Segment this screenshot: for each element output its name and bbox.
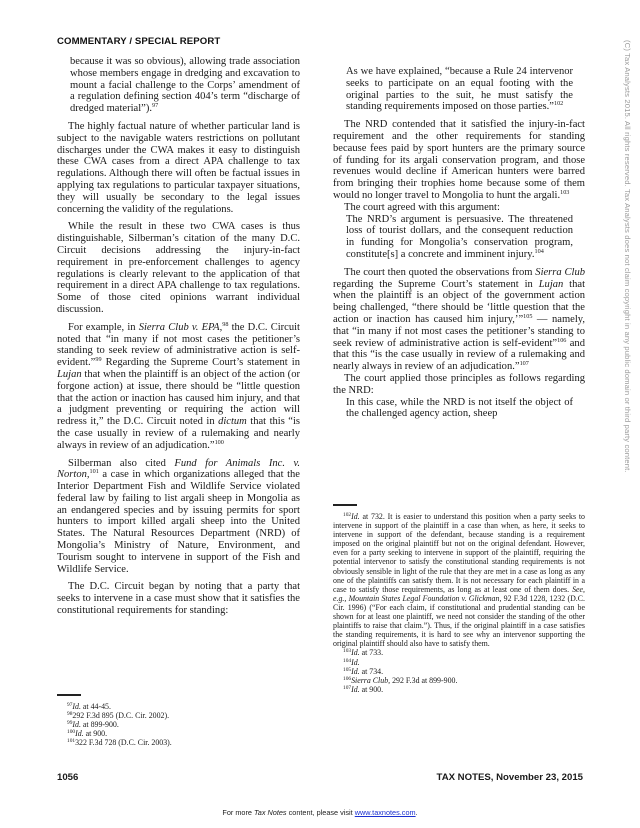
paragraph: The court agreed with this argument: — [333, 202, 585, 214]
footnote: 102Id. at 732. It is easier to understan… — [333, 512, 585, 648]
footnote: 106Sierra Club, 292 F.3d at 899-900. — [333, 676, 585, 685]
footnote: 103Id. at 733. — [333, 648, 585, 657]
footnote-rule — [57, 694, 81, 696]
footnote: 105Id. at 734. — [333, 667, 585, 676]
page-number: 1056 — [57, 772, 78, 783]
paragraph: The court applied those principles as fo… — [333, 373, 585, 397]
block-quote: As we have explained, “because a Rule 24… — [346, 66, 573, 113]
footnote-ref[interactable]: 101 — [90, 468, 99, 475]
footnote-ref[interactable]: 102 — [554, 100, 563, 107]
paragraph: The highly factual nature of whether par… — [57, 121, 300, 215]
footnotes-right: 102Id. at 732. It is easier to understan… — [333, 512, 585, 694]
footnote: 101322 F.3d 728 (D.C. Cir. 2003). — [57, 738, 300, 747]
right-column: As we have explained, “because a Rule 24… — [333, 42, 585, 420]
paragraph: While the result in these two CWA cases … — [57, 221, 300, 315]
case-name: Sierra Club v. EPA, — [139, 322, 223, 333]
more-content-note: For more Tax Notes content, please visit… — [0, 808, 640, 817]
footnote-rule — [333, 504, 357, 506]
publication-date: TAX NOTES, November 23, 2015 — [437, 772, 583, 783]
footnote-ref[interactable]: 104 — [535, 248, 544, 255]
paragraph: The NRD contended that it satisfied the … — [333, 119, 585, 202]
paragraph: The D.C. Circuit began by noting that a … — [57, 581, 300, 616]
taxnotes-link[interactable]: www.taxnotes.com — [355, 808, 416, 817]
footnote: 97Id. at 44-45. — [57, 702, 300, 711]
footnote: 99Id. at 899-900. — [57, 720, 300, 729]
footnote-ref[interactable]: 105 — [523, 313, 532, 320]
footnote-ref[interactable]: 106 — [557, 337, 566, 344]
footnote-ref[interactable]: 107 — [520, 360, 529, 367]
copyright-notice: (C) Tax Analysts 2015. All rights reserv… — [622, 40, 634, 600]
block-quote: The NRD’s argument is persuasive. The th… — [346, 214, 573, 261]
footnote: 98292 F.3d 895 (D.C. Cir. 2002). — [57, 711, 300, 720]
footnote-ref[interactable]: 97 — [152, 102, 158, 109]
footnote: 100Id. at 900. — [57, 729, 300, 738]
footnote-ref[interactable]: 100 — [215, 439, 224, 446]
left-column: because it was so obvious), allowing tra… — [57, 56, 300, 617]
footnotes-left: 97Id. at 44-45. 98292 F.3d 895 (D.C. Cir… — [57, 702, 300, 747]
footnote: 107Id. at 900. — [333, 685, 585, 694]
footnote: 104Id. — [333, 658, 585, 667]
case-name: Sierra Club — [535, 267, 585, 278]
paragraph: For example, in Sierra Club v. EPA,98 th… — [57, 322, 300, 452]
section-header: COMMENTARY / SPECIAL REPORT — [57, 36, 220, 47]
footnote-ref[interactable]: 103 — [560, 189, 569, 196]
paragraph: The court then quoted the observations f… — [333, 267, 585, 373]
paragraph: Silberman also cited Fund for Animals In… — [57, 458, 300, 576]
block-quote: In this case, while the NRD is not itsel… — [346, 397, 573, 421]
quote-continuation: because it was so obvious), allowing tra… — [70, 56, 300, 115]
